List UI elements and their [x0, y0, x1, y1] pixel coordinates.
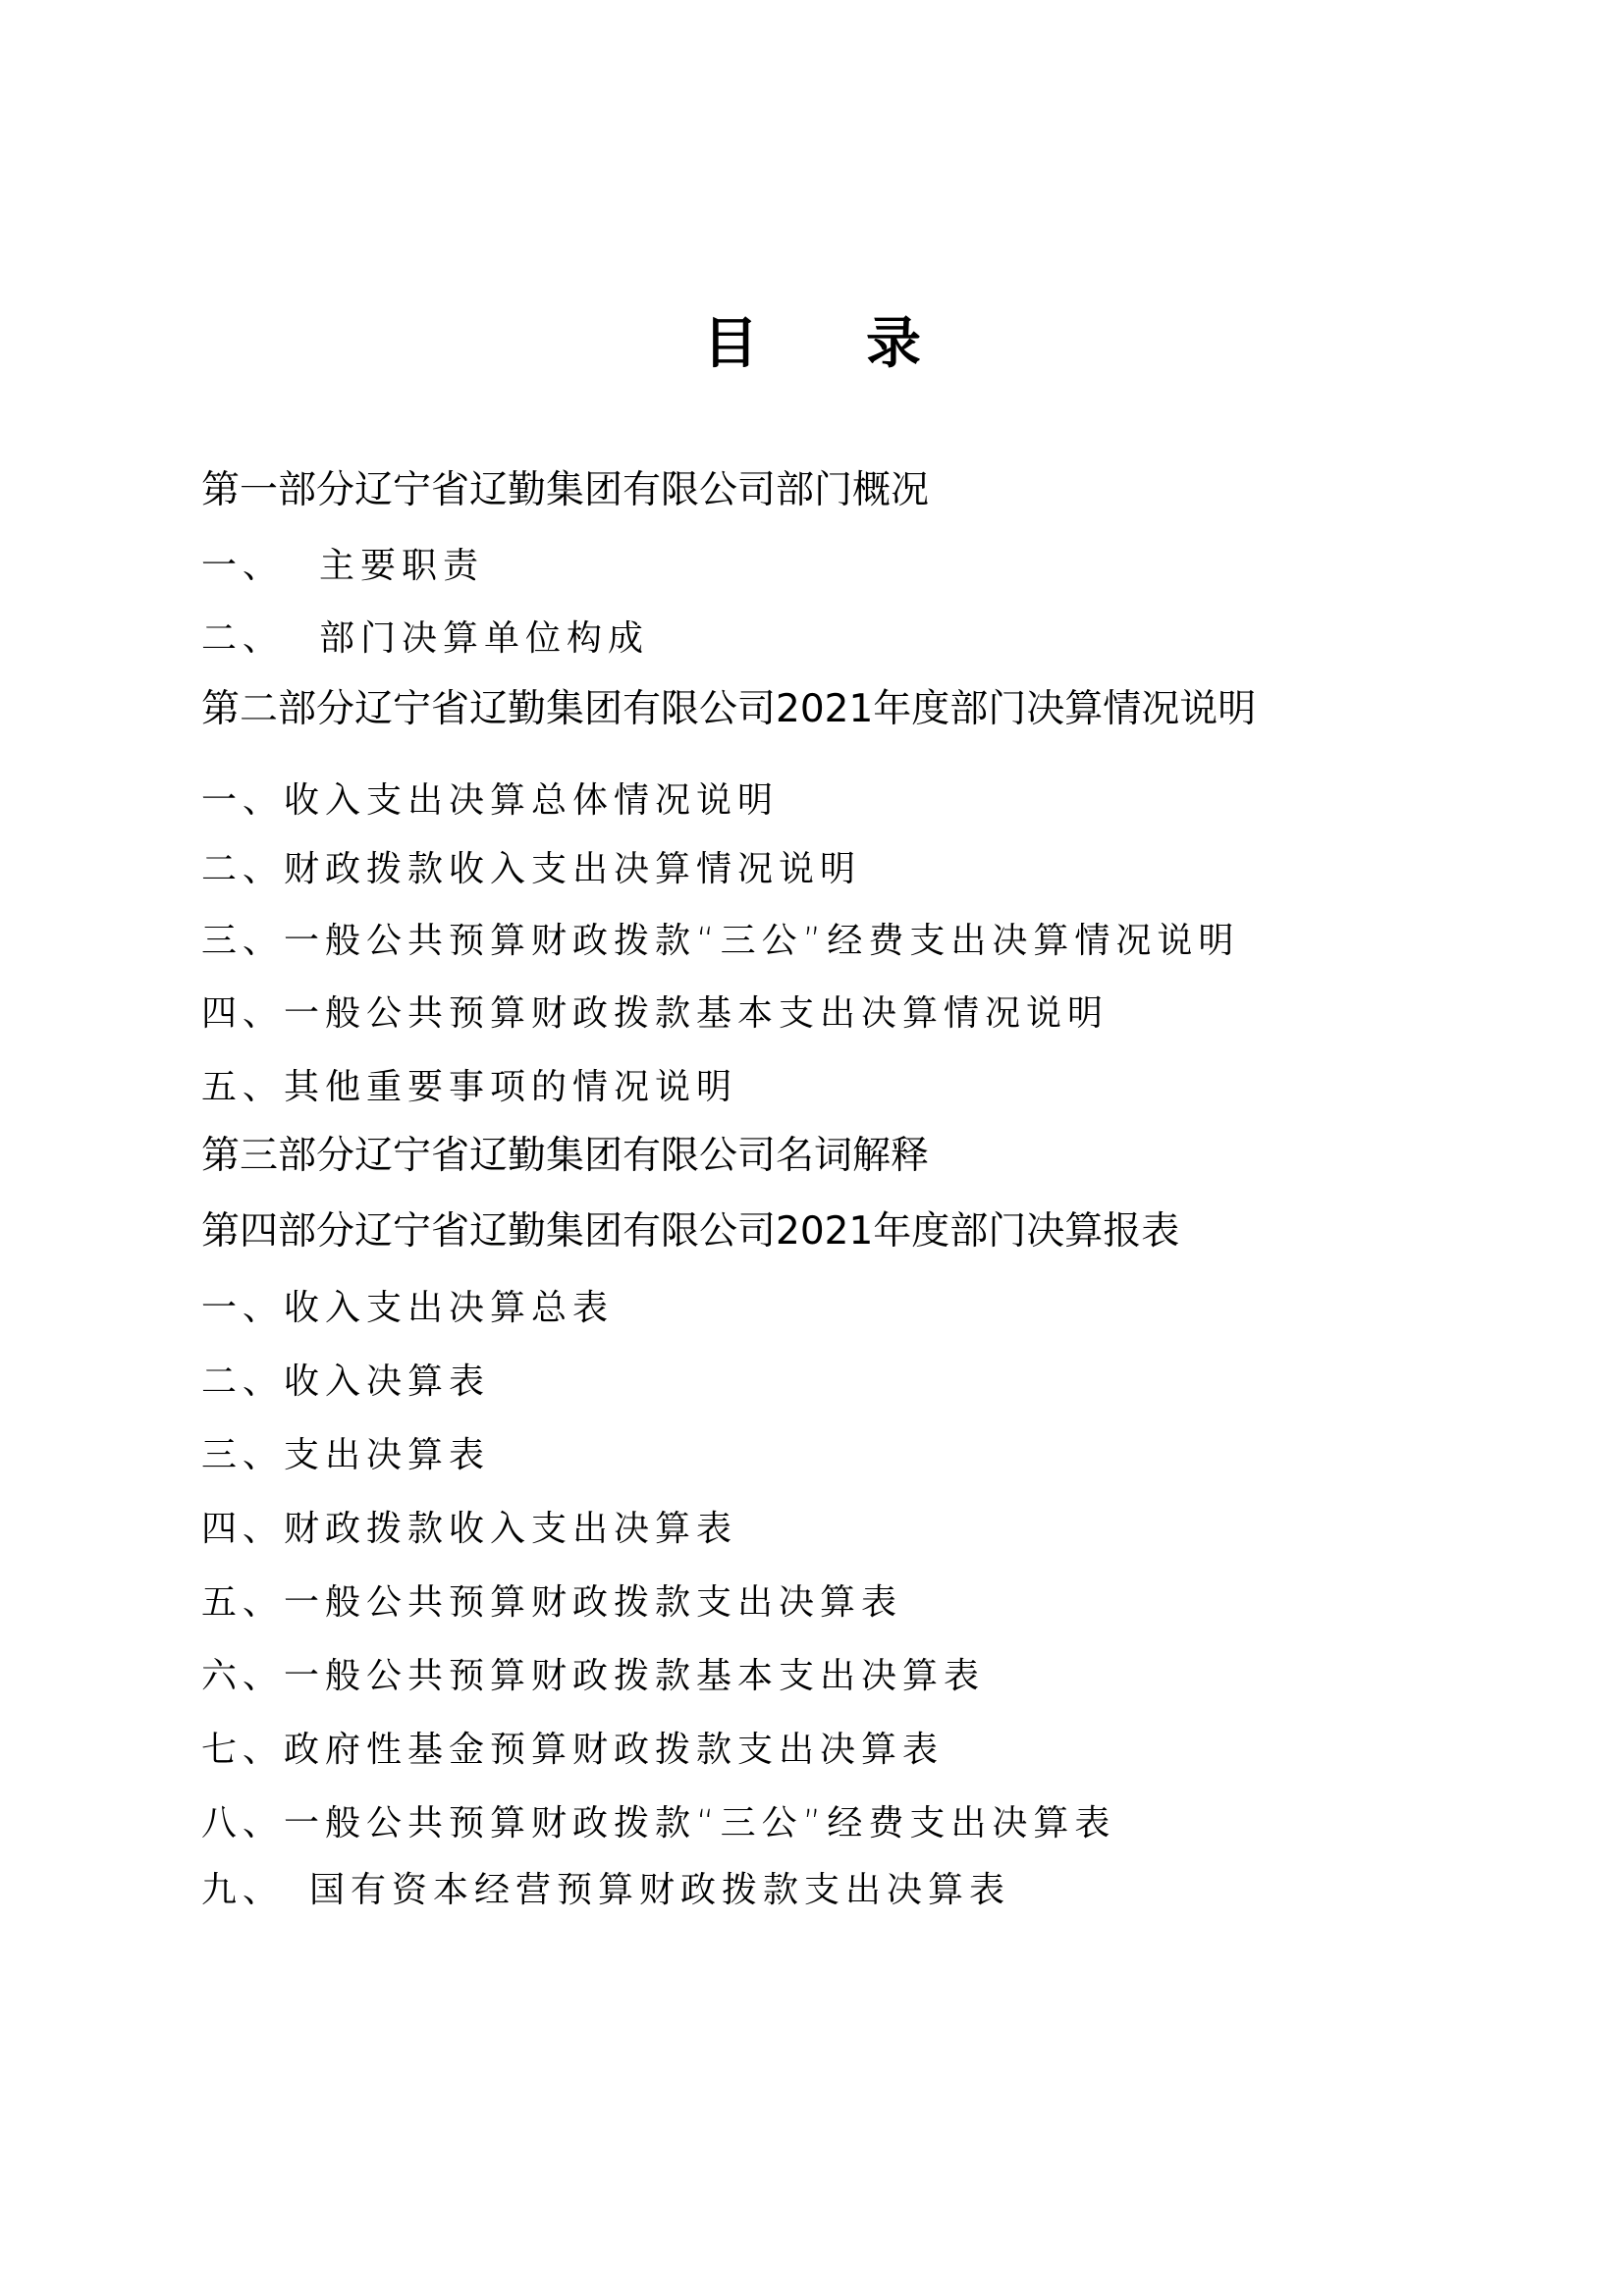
title-left-char: 目 — [703, 312, 758, 375]
toc-entry-text: 收入支出决算总体情况说明 — [284, 780, 779, 821]
toc-entry-text: 国有资本经营预算财政拨款支出决算表 — [309, 1870, 1010, 1910]
toc-entry-number: 九、 — [201, 1868, 309, 1913]
toc-entry-number: 二、 — [201, 616, 319, 662]
toc-entry-text: 其他重要事项的情况说明 — [284, 1067, 737, 1107]
toc-entry[interactable]: 三、支出决算表 — [201, 1433, 490, 1478]
toc-entry[interactable]: 二、财政拨款收入支出决算情况说明 — [201, 847, 861, 892]
toc-entry-text: 主要职责 — [319, 546, 484, 586]
toc-entry-number: 八、 — [201, 1801, 284, 1846]
toc-entry-number: 二、 — [201, 1360, 284, 1405]
toc-section-heading[interactable]: 第一部分辽宁省辽勤集团有限公司部门概况 — [201, 468, 929, 513]
toc-heading-text: 第一部分辽宁省辽勤集团有限公司部门概况 — [201, 468, 929, 512]
toc-entry[interactable]: 四、一般公共预算财政拨款基本支出决算情况说明 — [201, 991, 1109, 1037]
toc-entry-text: 部门决算单位构成 — [319, 618, 649, 659]
toc-entry-number: 四、 — [201, 1507, 284, 1552]
toc-entry-number: 一、 — [201, 778, 284, 824]
toc-entry[interactable]: 六、一般公共预算财政拨款基本支出决算表 — [201, 1654, 985, 1699]
toc-heading-text: 第二部分辽宁省辽勤集团有限公司2021年度部门决算情况说明 — [201, 687, 1256, 731]
toc-entry[interactable]: 二、收入决算表 — [201, 1360, 490, 1405]
toc-entry[interactable]: 二、部门决算单位构成 — [201, 616, 649, 662]
toc-entry[interactable]: 八、一般公共预算财政拨款“三公”经费支出决算表 — [201, 1801, 1115, 1846]
toc-entry-text: 支出决算表 — [284, 1435, 490, 1475]
toc-entry-number: 七、 — [201, 1728, 284, 1773]
toc-entry[interactable]: 五、一般公共预算财政拨款支出决算表 — [201, 1580, 902, 1626]
title-right-char: 录 — [866, 312, 921, 375]
toc-entry-text: 政府性基金预算财政拨款支出决算表 — [284, 1730, 944, 1770]
toc-entry-text: 收入支出决算总表 — [284, 1288, 614, 1328]
toc-entry-number: 四、 — [201, 991, 284, 1037]
toc-section-heading[interactable]: 第三部分辽宁省辽勤集团有限公司名词解释 — [201, 1134, 929, 1179]
toc-entry-text: 财政拨款收入支出决算表 — [284, 1509, 737, 1549]
toc-entry-text: 收入决算表 — [284, 1362, 490, 1402]
toc-entry-text: 一般公共预算财政拨款支出决算表 — [284, 1582, 902, 1623]
toc-entry-number: 二、 — [201, 847, 284, 892]
toc-entry[interactable]: 七、政府性基金预算财政拨款支出决算表 — [201, 1728, 944, 1773]
toc-entry-text: 一般公共预算财政拨款“三公”经费支出决算表 — [284, 1803, 1115, 1843]
toc-entry-text: 一般公共预算财政拨款基本支出决算情况说明 — [284, 993, 1109, 1034]
toc-entry-number: 三、 — [201, 919, 284, 964]
toc-heading-text: 第三部分辽宁省辽勤集团有限公司名词解释 — [201, 1134, 929, 1178]
toc-entry[interactable]: 五、其他重要事项的情况说明 — [201, 1065, 737, 1110]
toc-section-heading[interactable]: 第二部分辽宁省辽勤集团有限公司2021年度部门决算情况说明 — [201, 687, 1256, 732]
toc-entry[interactable]: 一、主要职责 — [201, 544, 484, 589]
toc-entry-number: 三、 — [201, 1433, 284, 1478]
toc-entry-number: 六、 — [201, 1654, 284, 1699]
toc-entry-text: 财政拨款收入支出决算情况说明 — [284, 849, 861, 889]
page-title: 目录 — [0, 312, 1624, 375]
toc-entry[interactable]: 四、财政拨款收入支出决算表 — [201, 1507, 737, 1552]
toc-entry[interactable]: 三、一般公共预算财政拨款“三公”经费支出决算情况说明 — [201, 919, 1239, 964]
toc-entry-number: 一、 — [201, 544, 319, 589]
toc-entry[interactable]: 一、收入支出决算总体情况说明 — [201, 778, 779, 824]
toc-entry-number: 一、 — [201, 1286, 284, 1331]
toc-entry[interactable]: 一、收入支出决算总表 — [201, 1286, 614, 1331]
toc-entry-text: 一般公共预算财政拨款“三公”经费支出决算情况说明 — [284, 921, 1239, 961]
toc-entry-text: 一般公共预算财政拨款基本支出决算表 — [284, 1656, 985, 1696]
toc-entry-number: 五、 — [201, 1580, 284, 1626]
toc-heading-text: 第四部分辽宁省辽勤集团有限公司2021年度部门决算报表 — [201, 1209, 1179, 1254]
toc-section-heading[interactable]: 第四部分辽宁省辽勤集团有限公司2021年度部门决算报表 — [201, 1209, 1179, 1255]
toc-entry-number: 五、 — [201, 1065, 284, 1110]
toc-entry[interactable]: 九、国有资本经营预算财政拨款支出决算表 — [201, 1868, 1010, 1913]
